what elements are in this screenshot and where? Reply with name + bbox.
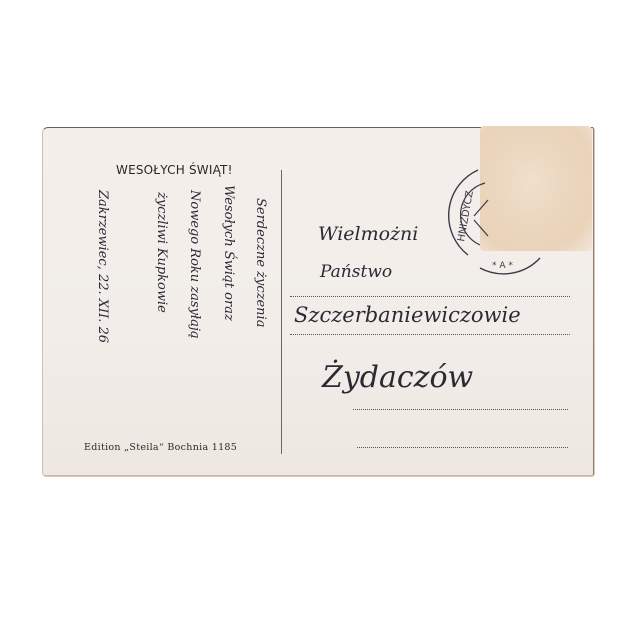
message-line: Zakrzewiec, 22. XII. 26 xyxy=(95,190,110,343)
address-town: Żydaczów xyxy=(322,360,473,395)
message-line: Serdeczne życzenia xyxy=(253,198,268,327)
address-line-3 xyxy=(353,409,568,410)
address-line-2 xyxy=(290,334,570,335)
publisher-imprint: Edition „Steila“ Bochnia 1185 xyxy=(84,442,237,453)
svg-text:* A *: * A * xyxy=(492,261,513,271)
address-line-4 xyxy=(357,447,568,448)
address-title: Państwo xyxy=(320,262,392,282)
message-line: życzliwi Kupkowie xyxy=(154,192,169,313)
address-salutation: Wielmożni xyxy=(318,223,418,245)
address-line-1 xyxy=(290,296,570,297)
greeting-title: WESOŁYCH ŚWIĄT! xyxy=(116,163,233,177)
address-recipient: Szczerbaniewiczowie xyxy=(294,303,521,327)
message-line: Nowego Roku zasyłają xyxy=(187,190,202,339)
svg-text:HNIZDYCZ: HNIZDYCZ xyxy=(456,190,476,243)
postmark-circle-icon: HNIZDYCZ * A * xyxy=(440,150,550,280)
address-divider xyxy=(281,170,282,454)
message-line: Wesołych Świąt oraz xyxy=(221,185,236,321)
